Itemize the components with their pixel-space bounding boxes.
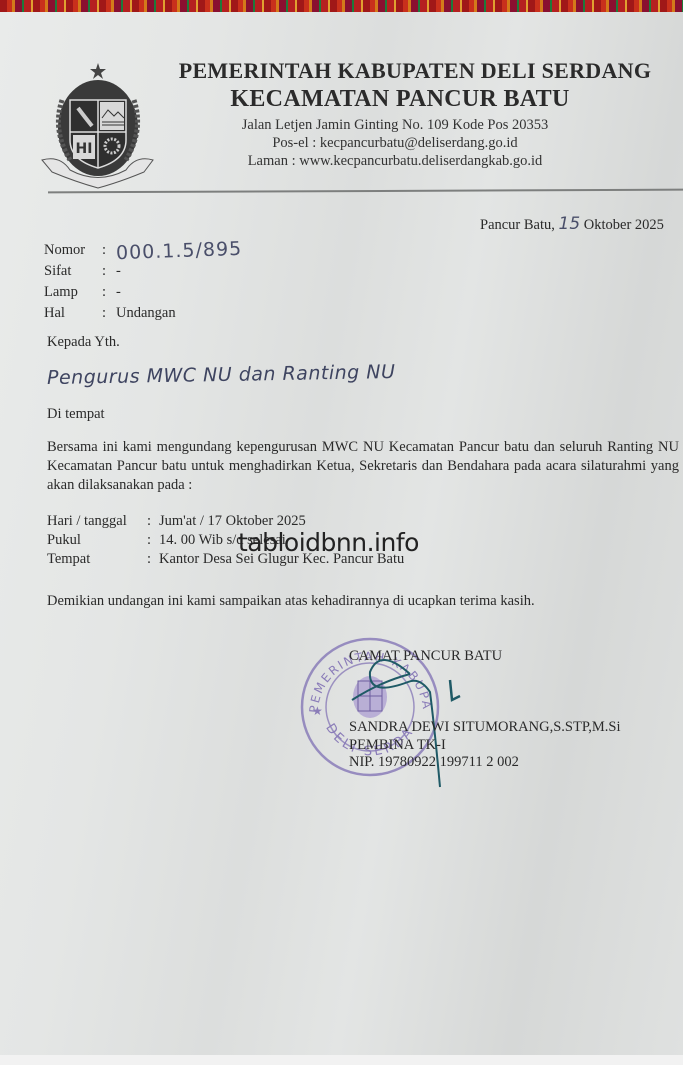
meta-row-hal: Hal : Undangan [44, 303, 242, 324]
letterhead-district: KECAMATAN PANCUR BATU [120, 86, 680, 113]
meta-value: - [116, 263, 121, 280]
letter-paper: HI PEMERINTAH KABUPATEN DELI SERDANG KEC… [0, 12, 683, 1055]
meta-label: Lamp [44, 284, 102, 301]
meta-row-lamp: Lamp : - [44, 282, 242, 303]
meta-row-nomor: Nomor : 000.1.5/895 [44, 240, 242, 261]
date-month-year: Oktober 2025 [584, 217, 664, 233]
bottom-bar [0, 1055, 683, 1065]
recipient-handwritten: Pengurus MWC NU dan Ranting NU [47, 361, 396, 389]
salutation: Kepada Yth. [47, 334, 120, 351]
letterhead-government: PEMERINTAH KABUPATEN DELI SERDANG [150, 58, 680, 84]
closing-text: Demikian undangan ini kami sampaikan ata… [47, 593, 535, 610]
meta-label: Nomor [44, 242, 102, 259]
meta-value-handwritten: 000.1.5/895 [116, 237, 243, 263]
event-colon: : [147, 532, 159, 549]
meta-label: Hal [44, 305, 102, 322]
letterhead-email: Pos-el : kecpancurbatu@deliserdang.go.id [110, 135, 680, 152]
meta-colon: : [102, 284, 116, 301]
letter-date: Pancur Batu, 15 Oktober 2025 [480, 214, 664, 234]
meta-colon: : [102, 242, 116, 259]
event-colon: : [147, 551, 159, 568]
meta-row-sifat: Sifat : - [44, 261, 242, 282]
letterhead: PEMERINTAH KABUPATEN DELI SERDANG KECAMA… [150, 58, 680, 170]
svg-text:HI: HI [76, 141, 93, 157]
letter-meta: Nomor : 000.1.5/895 Sifat : - Lamp : - H… [44, 240, 242, 324]
body-paragraph: Bersama ini kami mengundang kepengurusan… [47, 438, 679, 495]
event-colon: : [147, 513, 159, 530]
event-label: Hari / tanggal [47, 513, 147, 530]
recipient-location: Di tempat [47, 406, 105, 423]
letterhead-website: Laman : www.kecpancurbatu.deliserdangkab… [110, 153, 680, 170]
signatory-nip: NIP. 19780922 199711 2 002 [349, 754, 519, 771]
letterhead-address: Jalan Letjen Jamin Ginting No. 109 Kode … [110, 117, 680, 134]
date-place: Pancur Batu, [480, 217, 555, 233]
signatory-rank: PEMBINA TK-I [349, 737, 446, 754]
date-day-handwritten: 15 [559, 214, 581, 234]
meta-label: Sifat [44, 263, 102, 280]
event-label: Tempat [47, 551, 147, 568]
meta-colon: : [102, 305, 116, 322]
meta-value: Undangan [116, 305, 176, 322]
signatory-name: SANDRA DEWI SITUMORANG,S.STP,M.Si [349, 719, 621, 736]
svg-text:★: ★ [312, 704, 323, 718]
meta-value: - [116, 284, 121, 301]
watermark: tabloidbnn.info [238, 528, 419, 557]
meta-colon: : [102, 263, 116, 280]
event-label: Pukul [47, 532, 147, 549]
